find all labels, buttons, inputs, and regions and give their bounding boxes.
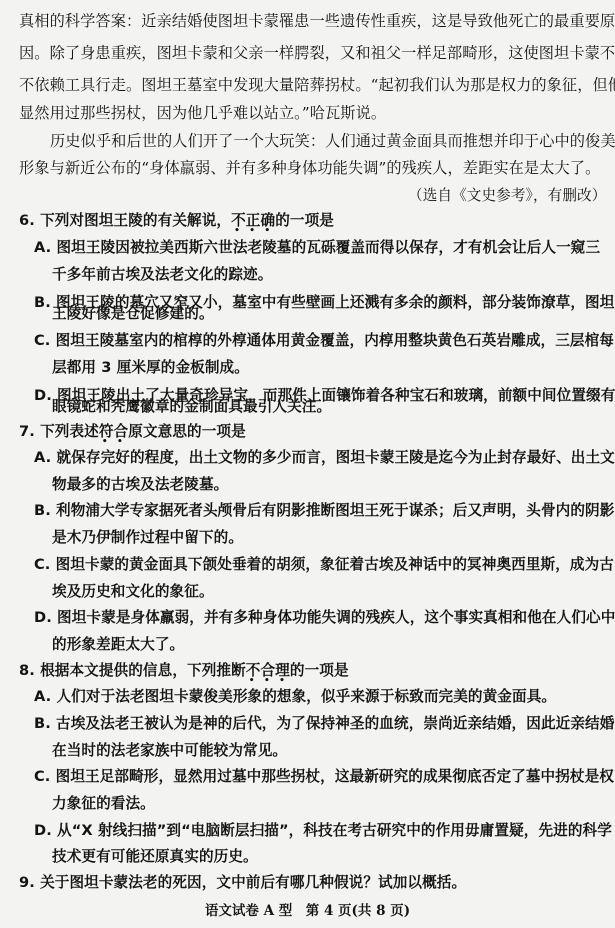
source-citation: （选自《文史参考》，有删改） xyxy=(408,185,606,207)
emphasis-text: 不合理 xyxy=(246,662,290,679)
q6-option-c-cont: 层都用 3 厘米厚的金板制成。 xyxy=(52,357,249,379)
q7-option-a: A. 就保存完好的程度，出土文物的多少而言，图坦卡蒙王陵是迄今为止封存最好、出土… xyxy=(34,447,615,469)
question-9-stem: 9. 关于图坦卡蒙法老的死因，文中前后有哪几种假说？试加以概括。 xyxy=(19,872,466,894)
passage-line: 真相的科学答案：近亲结婚使图坦卡蒙罹患一些遗传性重疾，这是导致他死亡的最重要原 xyxy=(19,10,615,32)
passage-line: 历史似乎和后世的人们开了一个大玩笑：人们通过黄金面具而推想并印于心中的俊美 xyxy=(50,130,615,152)
stem-text: 6. 下列对图坦王陵的有关解说， xyxy=(19,212,231,229)
passage-line: 显然用过那些拐杖，因为他几乎难以站立。”哈瓦斯说。 xyxy=(19,102,386,124)
q8-option-a: A. 人们对于法老图坦卡蒙俊美形象的想象，似乎来源于标致而完美的黄金面具。 xyxy=(34,686,556,708)
q8-option-b-cont: 在当时的法老家族中可能较为常见。 xyxy=(52,740,287,762)
q7-option-c: C. 图坦卡蒙的黄金面具下颌处垂着的胡须，象征着古埃及神话中的冥神奥西里斯，成为… xyxy=(34,554,614,576)
stem-text: 原文意思的一项是 xyxy=(128,423,246,440)
question-6-stem: 6. 下列对图坦王陵的有关解说，不正确的一项是 xyxy=(19,210,334,232)
q8-option-c-cont: 力象征的看法。 xyxy=(52,793,155,815)
q7-option-d: D. 图坦卡蒙是身体羸弱，并有多种身体功能失调的残疾人，这个事实真相和他在人们心… xyxy=(34,607,615,629)
q6-option-a: A. 图坦王陵因被拉美西斯六世法老陵墓的瓦砾覆盖而得以保存，才有机会让后人一窥三 xyxy=(34,237,600,259)
passage-line: 形象与新近公布的“身体羸弱、并有多种身体功能失调”的残疾人，差距实在是太大了。 xyxy=(19,157,600,179)
stem-text: 的一项是 xyxy=(290,662,349,679)
q8-option-d-cont: 技术更有可能还原真实的历史。 xyxy=(52,846,258,868)
q8-option-c: C. 图坦王足部畸形，显然用过墓中那些拐杖，这最新研究的成果彻底否定了墓中拐杖是… xyxy=(34,766,614,788)
q7-option-a-cont: 物最多的古埃及法老陵墓。 xyxy=(52,474,228,496)
question-8-stem: 8. 根据本文提供的信息，下列推断不合理的一项是 xyxy=(19,660,349,682)
stem-text: 的一项是 xyxy=(275,212,334,229)
page-footer: 语文试卷 A 型 第 4 页(共 8 页) xyxy=(0,899,615,919)
q7-option-d-cont: 的形象差距太大了。 xyxy=(52,634,184,656)
q7-option-c-cont: 埃及历史和文化的象征。 xyxy=(52,581,214,603)
q8-option-b: B. 古埃及法老王被认为是神的后代，为了保持神圣的血统，崇尚近亲结婚，因此近亲结… xyxy=(34,713,614,735)
question-7-stem: 7. 下列表述符合原文意思的一项是 xyxy=(19,421,246,443)
passage-line: 不依赖工具行走。图坦王墓室中发现大量陪葬拐杖。“起初我们认为那是权力的象征，但他 xyxy=(19,74,615,96)
q8-option-d: D. 从“X 射线扫描”到“电脑断层扫描”，科技在考古研究中的作用毋庸置疑，先进… xyxy=(34,820,612,842)
exam-page: 真相的科学答案：近亲结婚使图坦卡蒙罹患一些遗传性重疾，这是导致他死亡的最重要原 … xyxy=(0,0,615,928)
stem-text: 8. 根据本文提供的信息，下列推断 xyxy=(19,662,246,679)
emphasis-text: 符合 xyxy=(99,423,128,440)
q6-option-a-cont: 千多年前古埃及法老文化的踪迹。 xyxy=(52,264,272,286)
q6-option-c: C. 图坦王陵墓室内的棺椁的外椁通体用黄金覆盖，内椁用整块黄色石英岩雕成，三层棺… xyxy=(34,330,614,352)
q7-option-b-cont: 是木乃伊制作过程中留下的。 xyxy=(52,527,243,549)
q6-option-b-cont: 王陵好像是仓促修建的。 xyxy=(52,303,214,325)
passage-line: 因。除了身患重疾，图坦卡蒙和父亲一样腭裂，又和祖父一样足部畸形，这使图坦卡蒙不得 xyxy=(19,42,615,64)
emphasis-text: 不正确 xyxy=(231,212,275,229)
q6-option-d-cont: 眼镜蛇和秃鹰徽章的金制面具最引人关注。 xyxy=(52,396,331,418)
stem-text: 7. 下列表述 xyxy=(19,423,99,440)
q7-option-b: B. 利物浦大学专家据死者头颅骨后有阴影推断图坦王死于谋杀；后又声明，头骨内的阴… xyxy=(34,500,614,522)
